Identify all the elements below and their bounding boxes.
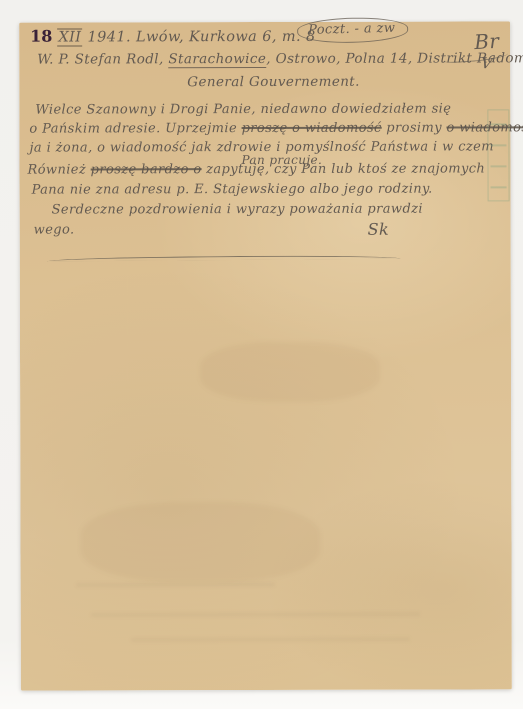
body-line-4-seg2: zapytuję, czy Pan lub ktoś ze znajomych [202, 161, 486, 177]
bleed-through-line [131, 637, 411, 643]
body-line-2-seg2: prosimy [382, 121, 447, 136]
body-line-2-seg1: o Pańskim adresie. Uprzejmie [29, 121, 241, 137]
date-month-numeral: XII [57, 28, 82, 46]
date-rest: 1941. Lwów, Kurkowa 6, m. 8 [82, 29, 315, 46]
body-line-1: Wielce Szanowny i Drogi Panie, niedawno … [35, 102, 451, 118]
pencil-divider-rule [47, 255, 401, 262]
circled-pencil-note: Poczt. - a zw [297, 16, 409, 44]
body-line-1-text: Wielce Szanowny i Drogi Panie, niedawno … [35, 102, 451, 118]
address-prefix: W. P. Stefan Rodl, [37, 51, 168, 67]
body-line-4-seg1: Również [27, 162, 90, 177]
body-line-2: o Pańskim adresie. Uprzejmie proszę o wi… [29, 120, 523, 136]
body-line-7-text: wego. [34, 222, 75, 237]
body-line-2-struck1: proszę o wiadomość [242, 121, 382, 136]
bleed-through-line [91, 612, 421, 618]
body-line-5: Pana nie zna adresu p. E. Stajewskiego a… [32, 182, 433, 198]
date-line: 18 XII 1941. Lwów, Kurkowa 6, m. 8 [30, 26, 316, 46]
body-line-6: Serdeczne pozdrowienia i wyrazy poważani… [52, 202, 423, 218]
body-line-6-text: Serdeczne pozdrowienia i wyrazy poważani… [52, 202, 423, 218]
date-day-ink: 18 [30, 27, 52, 46]
signature: Sk [368, 220, 390, 239]
paper-smudge [200, 342, 380, 402]
letter-paper: 18 XII 1941. Lwów, Kurkowa 6, m. 8 Poczt… [19, 21, 512, 690]
circled-note-text: Poczt. - a zw [308, 21, 396, 38]
faint-green-stamp [487, 109, 509, 201]
body-line-5-text: Pana nie zna adresu p. E. Stajewskiego a… [32, 182, 433, 198]
address-town-underlined: Starachowice [168, 51, 266, 68]
scanned-letter: 18 XII 1941. Lwów, Kurkowa 6, m. 8 Poczt… [0, 0, 523, 709]
address-line2-text: General Gouvernement. [187, 74, 360, 90]
paper-smudge [80, 502, 320, 583]
body-line-4: Również proszę bardzo o zapytuję, czy Pa… [27, 161, 485, 177]
signature-text: Sk [368, 220, 390, 239]
bleed-through-line [76, 582, 276, 588]
body-line-4-struck1: proszę bardzo o [91, 162, 202, 177]
address-line2: General Gouvernement. [187, 74, 360, 90]
body-line-2-struck2: o wiadomość” [446, 120, 523, 135]
body-line-7: wego. [34, 222, 75, 237]
